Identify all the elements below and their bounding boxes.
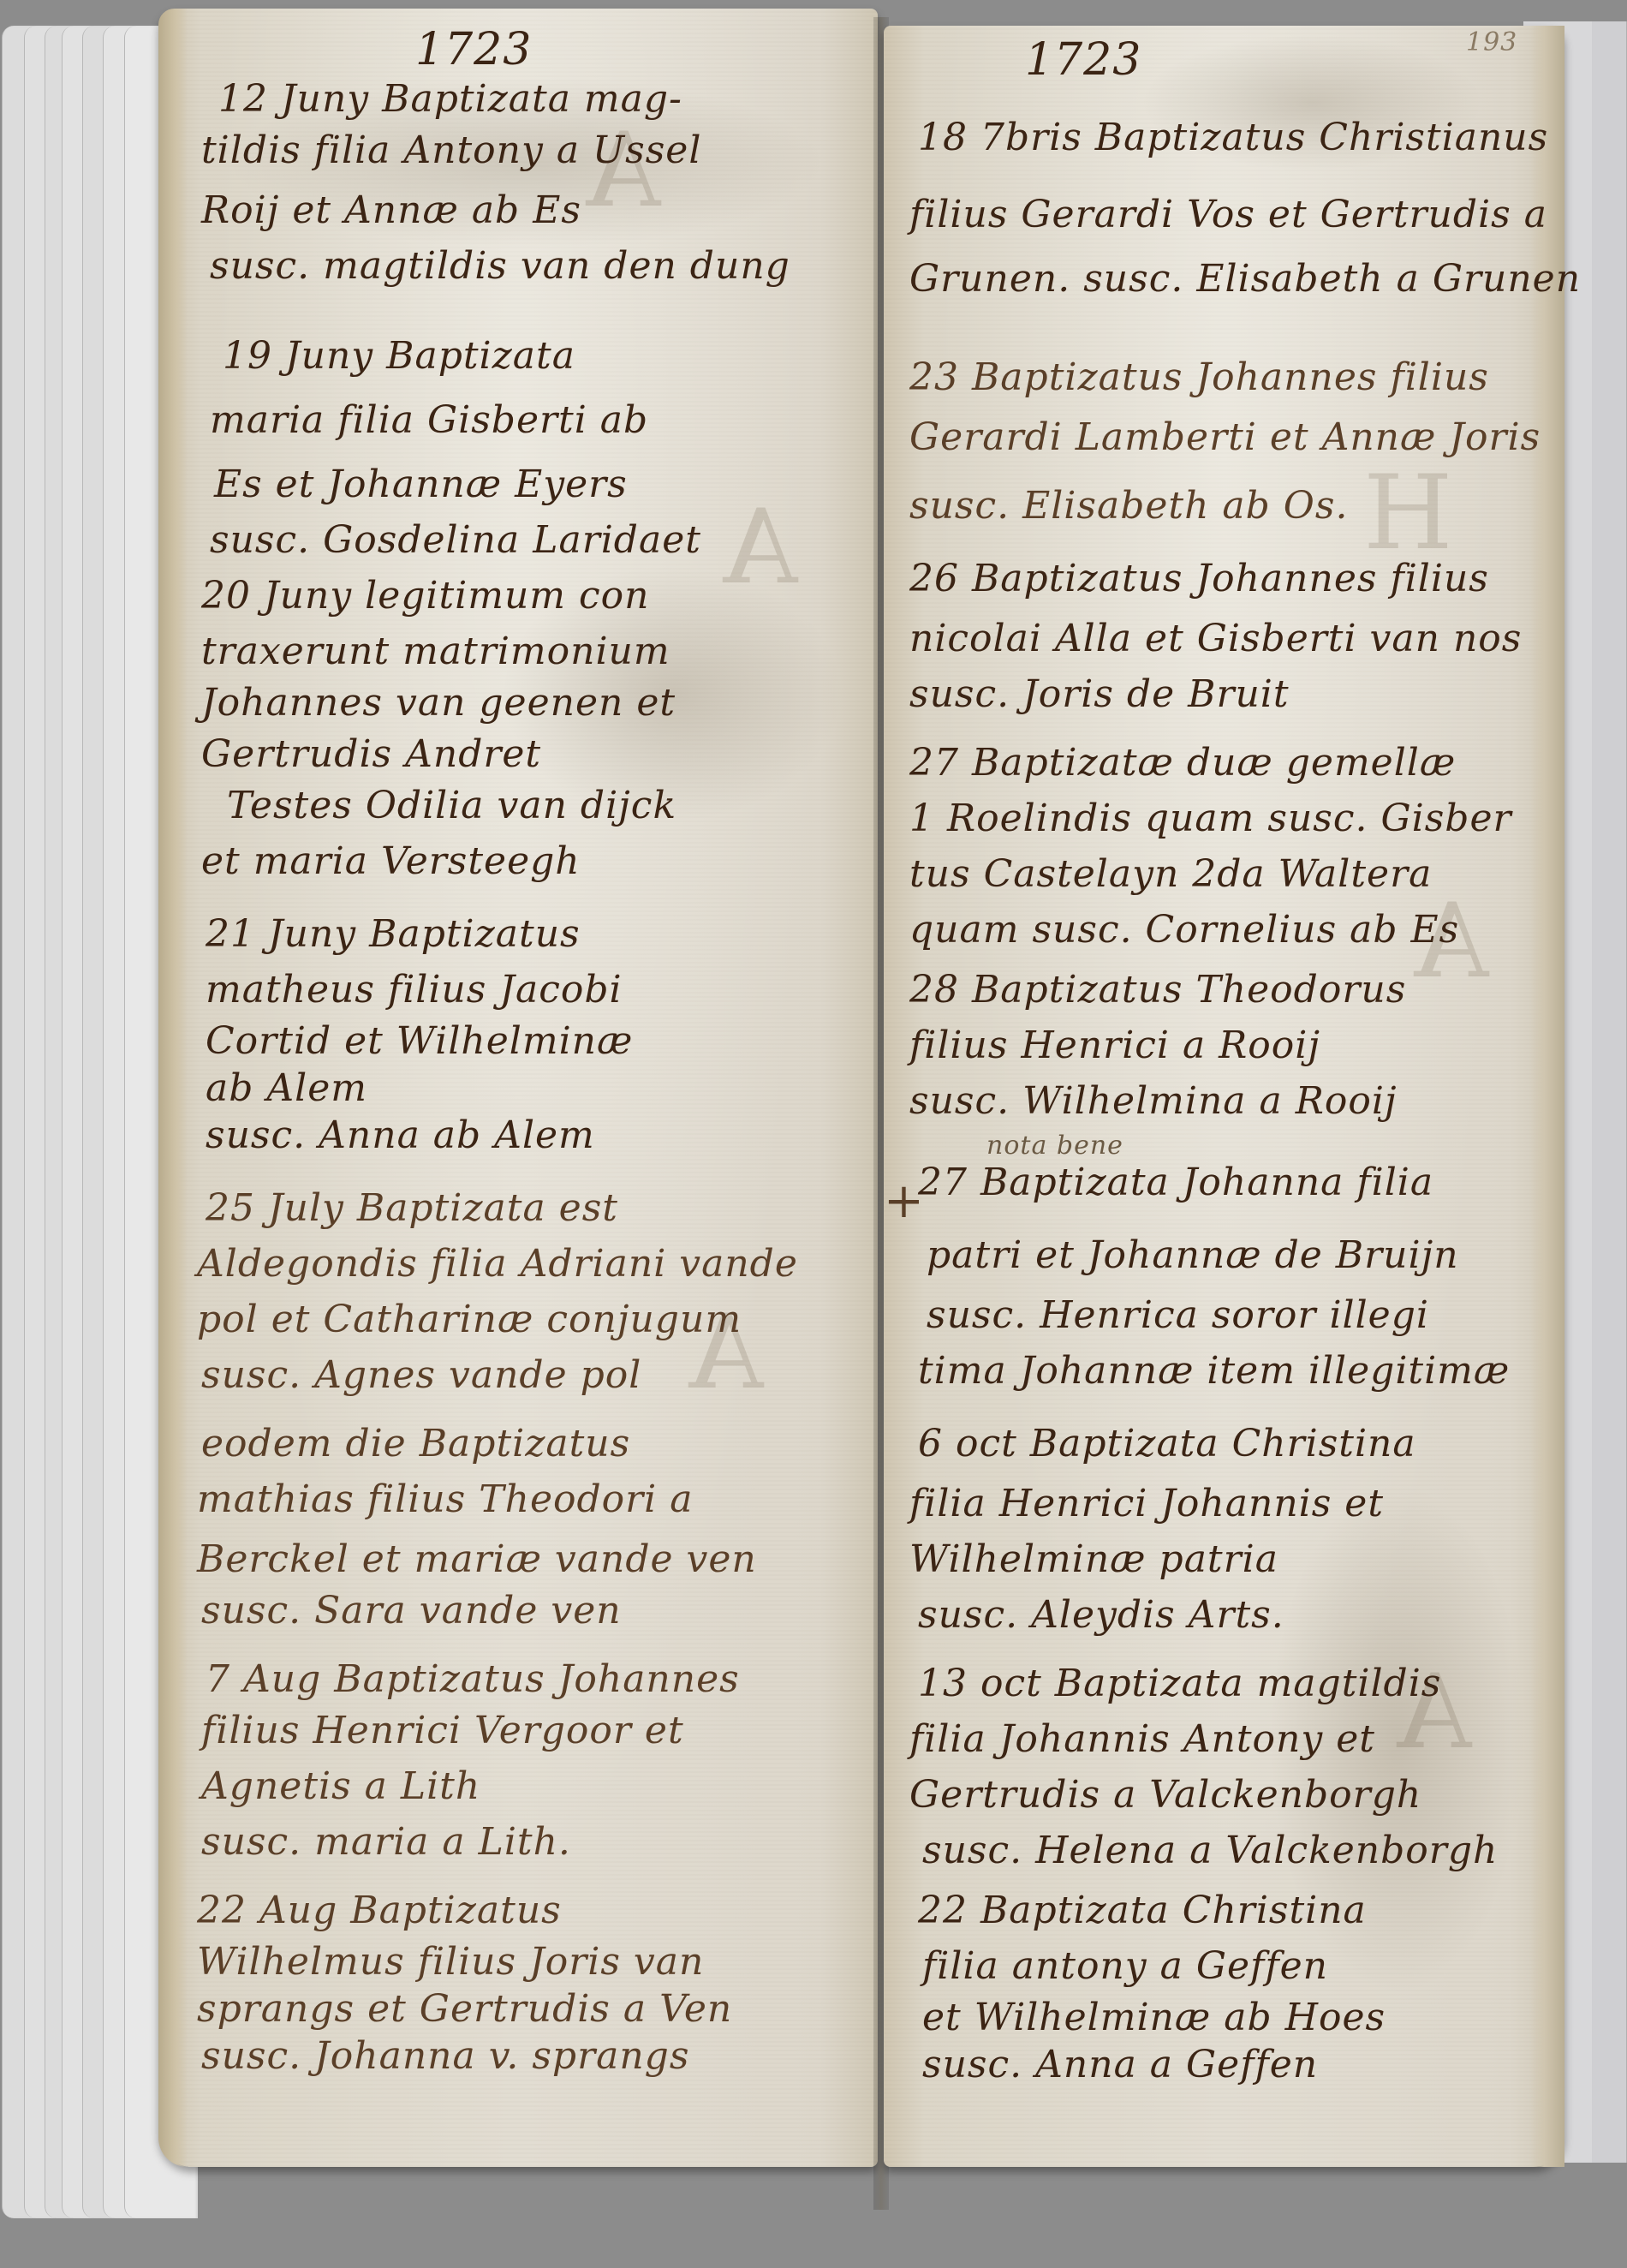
page-worn-edge xyxy=(1530,26,1564,2167)
entry-line: susc. maria a Lith. xyxy=(201,1820,571,1864)
entry-line: susc. Aleydis Arts. xyxy=(918,1593,1284,1637)
entry-line: sprangs et Gertrudis a Ven xyxy=(197,1987,732,2031)
entry-line: 13 oct Baptizata magtildis xyxy=(918,1662,1441,1705)
entry-line: Gerardi Lamberti et Annæ Joris xyxy=(909,415,1541,459)
entry-line: et Wilhelminæ ab Hoes xyxy=(922,1996,1386,2039)
entry-line: 26 Baptizatus Johannes filius xyxy=(909,557,1489,600)
entry-line: ab Alem xyxy=(206,1066,367,1110)
entry-line: filia Henrici Johannis et xyxy=(909,1482,1384,1525)
entry-line: susc. Wilhelmina a Rooij xyxy=(909,1079,1398,1123)
page-worn-edge xyxy=(158,9,188,2167)
entry-line: susc. Agnes vande pol xyxy=(201,1353,641,1397)
entry-line: Agnetis a Lith xyxy=(201,1764,480,1808)
marginal-note: nota bene xyxy=(986,1131,1123,1161)
entry-line: susc. Helena a Valckenborgh xyxy=(922,1829,1498,1872)
entry-line: Aldegondis filia Adriani vande xyxy=(197,1242,798,1286)
entry-line: filius Gerardi Vos et Gertrudis a xyxy=(909,193,1547,236)
entry-line: 21 Juny Baptizatus xyxy=(206,912,581,956)
entry-line: susc. magtildis van den dung xyxy=(210,244,790,288)
entry-line: Roij et Annæ ab Es xyxy=(201,188,581,232)
entry-line: tima Johannæ item illegitimæ xyxy=(918,1349,1510,1393)
entry-line: Es et Johannæ Eyers xyxy=(214,463,628,506)
entry-line: 20 Juny legitimum con xyxy=(201,574,649,618)
entry-line: Grunen. susc. Elisabeth a Grunen xyxy=(909,257,1581,301)
entry-line: susc. Gosdelina Laridaet xyxy=(210,518,701,562)
entry-line: et maria Versteegh xyxy=(201,839,581,883)
entry-line: Testes Odilia van dijck xyxy=(227,784,676,827)
entry-line: susc. Elisabeth ab Os. xyxy=(909,484,1348,528)
entry-line: mathias filius Theodori a xyxy=(197,1477,693,1521)
entry-line: Gertrudis a Valckenborgh xyxy=(909,1773,1421,1817)
bleed-through-text: H xyxy=(1363,454,1453,573)
entry-line: 12 Juny Baptizata mag- xyxy=(218,77,682,121)
entry-line: 1 Roelindis quam susc. Gisber xyxy=(909,797,1512,840)
entry-line: quam susc. Cornelius ab Es xyxy=(909,908,1459,952)
entry-line: pol et Catharinæ conjugum xyxy=(197,1298,742,1341)
entry-line: Johannes van geenen et xyxy=(201,681,676,725)
entry-line: 22 Aug Baptizatus xyxy=(197,1889,562,1932)
entry-line: filius Henrici a Rooij xyxy=(909,1024,1320,1067)
entry-line: 6 oct Baptizata Christina xyxy=(918,1422,1416,1465)
entry-line: susc. Joris de Bruit xyxy=(909,672,1290,716)
entry-line: tus Castelayn 2da Waltera xyxy=(909,852,1432,896)
entry-line: 19 Juny Baptizata xyxy=(223,334,575,378)
entry-line: matheus filius Jacobi xyxy=(206,968,623,1012)
entry-line: Gertrudis Andret xyxy=(201,732,541,776)
page-year: 1723 xyxy=(1025,34,1141,86)
book-leaf xyxy=(1592,21,1627,2163)
entry-line: Cortid et Wilhelminæ xyxy=(206,1019,633,1063)
entry-line: filia Johannis Antony et xyxy=(909,1717,1375,1761)
bleed-through-text: A xyxy=(724,488,798,607)
entry-line: Wilhelmus filius Joris van xyxy=(197,1940,704,1984)
entry-line: 28 Baptizatus Theodorus xyxy=(909,968,1406,1012)
entry-line: filius Henrici Vergoor et xyxy=(201,1709,684,1752)
entry-line: patri et Johannæ de Bruijn xyxy=(927,1233,1459,1277)
entry-line: susc. Henrica soror illegi xyxy=(927,1293,1429,1337)
left-page: A A A 1723 12 Juny Baptizata mag- tildis… xyxy=(158,9,878,2167)
entry-line: susc. Anna ab Alem xyxy=(206,1113,595,1157)
folio-number: 193 xyxy=(1466,27,1517,57)
entry-line: filia antony a Geffen xyxy=(922,1944,1328,1988)
entry-line: traxerunt matrimonium xyxy=(201,630,670,673)
entry-line: Berckel et mariæ vande ven xyxy=(197,1537,757,1581)
entry-line: 22 Baptizata Christina xyxy=(918,1889,1367,1932)
right-page: H A A 193 1723 18 7bris Baptizatus Chris… xyxy=(884,26,1564,2167)
entry-line: nicolai Alla et Gisberti van nos xyxy=(909,617,1522,660)
entry-line: 23 Baptizatus Johannes filius xyxy=(909,355,1489,399)
entry-line: 25 July Baptizata est xyxy=(206,1186,618,1230)
entry-line: 7 Aug Baptizatus Johannes xyxy=(206,1657,740,1701)
entry-line: 27 Baptizata Johanna filia xyxy=(918,1161,1433,1204)
entry-line: eodem die Baptizatus xyxy=(201,1422,630,1465)
page-year: 1723 xyxy=(415,24,532,75)
entry-line: susc. Sara vande ven xyxy=(201,1589,622,1632)
entry-line: maria filia Gisberti ab xyxy=(210,398,648,442)
entry-line: susc. Johanna v. sprangs xyxy=(201,2034,689,2078)
entry-line: 18 7bris Baptizatus Christianus xyxy=(918,116,1548,159)
entry-line: 27 Baptizatæ duæ gemellæ xyxy=(909,741,1456,785)
entry-line: susc. Anna a Geffen xyxy=(922,2043,1318,2086)
entry-line: Wilhelminæ patria xyxy=(909,1537,1278,1581)
entry-line: tildis filia Antony a Ussel xyxy=(201,128,701,172)
